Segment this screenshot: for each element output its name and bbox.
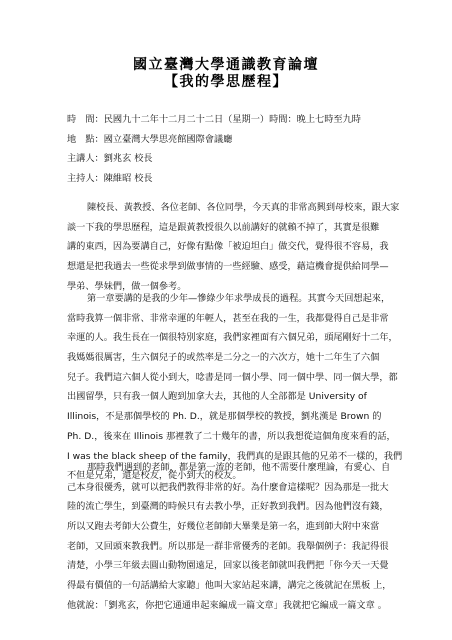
document-page: 國立臺灣大學通識教育論壇 【我的學思歷程】 時 間：民國九十二年十二月二十二日（… — [0, 0, 452, 640]
title-forum-name: 國立臺灣大學通識教育論壇 — [0, 57, 452, 74]
event-info: 時 間：民國九十二年十二月二十二日（星期一）時間：晚上七時至九時 地 點：國立臺… — [67, 110, 397, 188]
meta-time-label: 時 間： — [67, 110, 104, 130]
meta-location: 地 點：國立臺灣大學思亮館國際會議廳 — [67, 130, 397, 150]
paragraph-line: Illinois，不是那個學校的 Ph. D.，就是那個學校的教授，劉兆漢是 B… — [67, 407, 387, 427]
paragraph-line: 幸運的人。我生長在一個很特別家庭，我們家裡面有六個兄弟，頭尾剛好十二年， — [67, 328, 387, 348]
meta-speaker-label: 主講人： — [67, 149, 104, 169]
paragraph-line: Ph. D.，後來在 Illinois 那裡教了二十幾年的書，所以我想從這個角度… — [67, 427, 387, 447]
paragraph-line: 我媽媽很厲害，生六個兒子的或然率是二分之一的六次方，她十二年生了六個 — [67, 348, 387, 368]
paragraph-line: 清楚，小學三年級去圓山動物園遠足，回家以後老師就叫我們把「你今天一天覺 — [67, 556, 387, 576]
paragraph-line: 他就說：「劉兆玄，你把它通通串起來編成一篇文章」我就把它編成一篇文章 。 — [67, 596, 387, 616]
paragraph-line: 所以又跑去考師大公費生，好幾位老師師大畢業是第一名，進到師大附中來當 — [67, 517, 387, 537]
paragraph-line: 己本身很優秀，就可以把我們教得非常的好。為什麼會這樣呢？因為那是一批大 — [67, 478, 387, 498]
paragraph-line: 得最有價值的一句話講給大家聽」他叫大家站起來講，講完之後就記在黑板 上， — [67, 576, 387, 596]
paragraph-line: 陳校長、黃教授、各位老師、各位同學，今天真的非常高興到母校來，跟大家 — [67, 198, 387, 218]
meta-location-value: 國立臺灣大學思亮館國際會議廳 — [104, 134, 233, 145]
title-lecture-name: 【我的學思歷程】 — [0, 74, 452, 91]
paragraph-line: 兒子。我們這六個人從小到大，唸書是同一個小學、同一個中學、同一個大學，都 — [67, 368, 387, 388]
document-title: 國立臺灣大學通識教育論壇 【我的學思歷程】 — [0, 57, 452, 91]
paragraph-line: 談一下我的學思歷程，這是跟黃教授很久以前講好的就賴不掉了，其實是很難 — [67, 218, 387, 238]
paragraph-line: 老師，又回頭來教我們。所以那是一群非常優秀的老師。我舉個例子：我記得很 — [67, 537, 387, 557]
meta-time: 時 間：民國九十二年十二月二十二日（星期一）時間：晚上七時至九時 — [67, 110, 397, 130]
paragraph-line: 陸的流亡學生，到臺灣的時候只有去教小學，正好教到我們。因為他們沒有錢， — [67, 497, 387, 517]
meta-host: 主持人：陳維昭 校長 — [67, 169, 397, 189]
meta-host-value: 陳維昭 校長 — [104, 173, 153, 184]
meta-speaker-value: 劉兆玄 校長 — [104, 153, 153, 164]
paragraph-chapter-one: 第一章要講的是我的少年—慘綠少年求學成長的過程。其實今天回想起來， 當時我算一個… — [67, 289, 387, 486]
paragraph-line: 第一章要講的是我的少年—慘綠少年求學成長的過程。其實今天回想起來， — [67, 289, 387, 309]
meta-location-label: 地 點： — [67, 130, 104, 150]
meta-time-value: 民國九十二年十二月二十二日（星期一）時間：晚上七時至九時 — [104, 114, 361, 125]
paragraph-line: 當時我算一個非常、非常幸運的年輕人，甚至在我的一生，我都覺得自己是非常 — [67, 309, 387, 329]
meta-speaker: 主講人：劉兆玄 校長 — [67, 149, 397, 169]
paragraph-line: 想還是把我過去一些從求學到做事情的一些經驗、感受，藉這機會提供給同學— — [67, 257, 387, 277]
meta-host-label: 主持人： — [67, 169, 104, 189]
paragraph-opening: 陳校長、黃教授、各位老師、各位同學，今天真的非常高興到母校來，跟大家 談一下我的… — [67, 198, 387, 296]
paragraph-line: 那時我們遇到的老師，都是第一流的老師，他不需要什麼理論，有愛心、自 — [67, 458, 387, 478]
paragraph-teachers: 那時我們遇到的老師，都是第一流的老師，他不需要什麼理論，有愛心、自 己本身很優秀… — [67, 458, 387, 616]
paragraph-line: 出國留學，只有我一個人跑到加拿大去，其他的人全部都是 University of — [67, 387, 387, 407]
paragraph-line: 講的東西，因為要講自己，好像有點像「被迫坦白」做交代，覺得很不容易，我 — [67, 237, 387, 257]
